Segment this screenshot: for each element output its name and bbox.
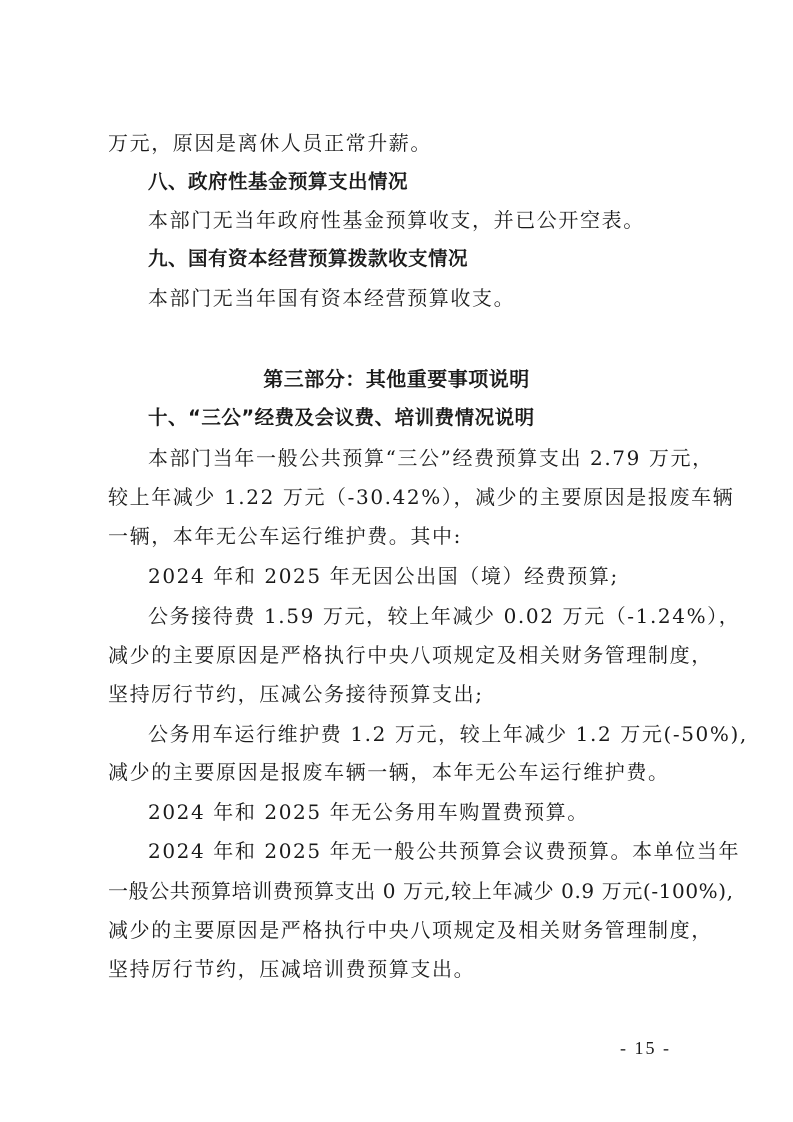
section-heading-9: 九、国有资本经营预算拨款收支情况 <box>148 247 748 271</box>
document-page: 万元，原因是离休人员正常升薪。 八、政府性基金预算支出情况 本部门无当年政府性基… <box>0 0 793 1122</box>
paragraph-line: 2024 年和 2025 年无公务用车购置费预算。 <box>148 800 748 824</box>
section-heading-10: 十、“三公”经费及会议费、培训费情况说明 <box>148 406 748 430</box>
section-heading-8: 八、政府性基金预算支出情况 <box>148 170 748 194</box>
paragraph-line: 2024 年和 2025 年无因公出国（境）经费预算; <box>148 564 748 588</box>
paragraph-line: 公务用车运行维护费 1.2 万元，较上年减少 1.2 万元(-50%), <box>148 722 748 746</box>
paragraph-line: 本部门无当年国有资本经营预算收支。 <box>148 286 748 310</box>
paragraph-line: 减少的主要原因是严格执行中央八项规定及相关财务管理制度， <box>108 643 708 667</box>
page-number: - 15 - <box>620 1038 671 1059</box>
paragraph-line: 坚持厉行节约，压减公务接待预算支出; <box>108 682 708 706</box>
paragraph-line: 一辆，本年无公车运行维护费。其中: <box>108 524 708 548</box>
paragraph-line: 2024 年和 2025 年无一般公共预算会议费预算。本单位当年 <box>148 839 748 863</box>
paragraph-line: 公务接待费 1.59 万元，较上年减少 0.02 万元（-1.24%）， <box>148 604 748 628</box>
paragraph-line: 一般公共预算培训费预算支出 0 万元,较上年减少 0.9 万元(-100%), <box>108 879 708 903</box>
paragraph-line: 本部门当年一般公共预算“三公”经费预算支出 2.79 万元， <box>148 446 748 470</box>
paragraph-line: 减少的主要原因是报废车辆一辆，本年无公车运行维护费。 <box>108 760 708 784</box>
part-title: 第三部分：其他重要事项说明 <box>0 367 793 391</box>
paragraph-line: 坚持厉行节约，压减培训费预算支出。 <box>108 957 708 981</box>
paragraph-line: 本部门无当年政府性基金预算收支，并已公开空表。 <box>148 208 748 232</box>
paragraph-line: 较上年减少 1.22 万元（-30.42%），减少的主要原因是报废车辆 <box>108 485 708 509</box>
paragraph-line: 万元，原因是离休人员正常升薪。 <box>108 131 708 155</box>
paragraph-line: 减少的主要原因是严格执行中央八项规定及相关财务管理制度， <box>108 918 708 942</box>
